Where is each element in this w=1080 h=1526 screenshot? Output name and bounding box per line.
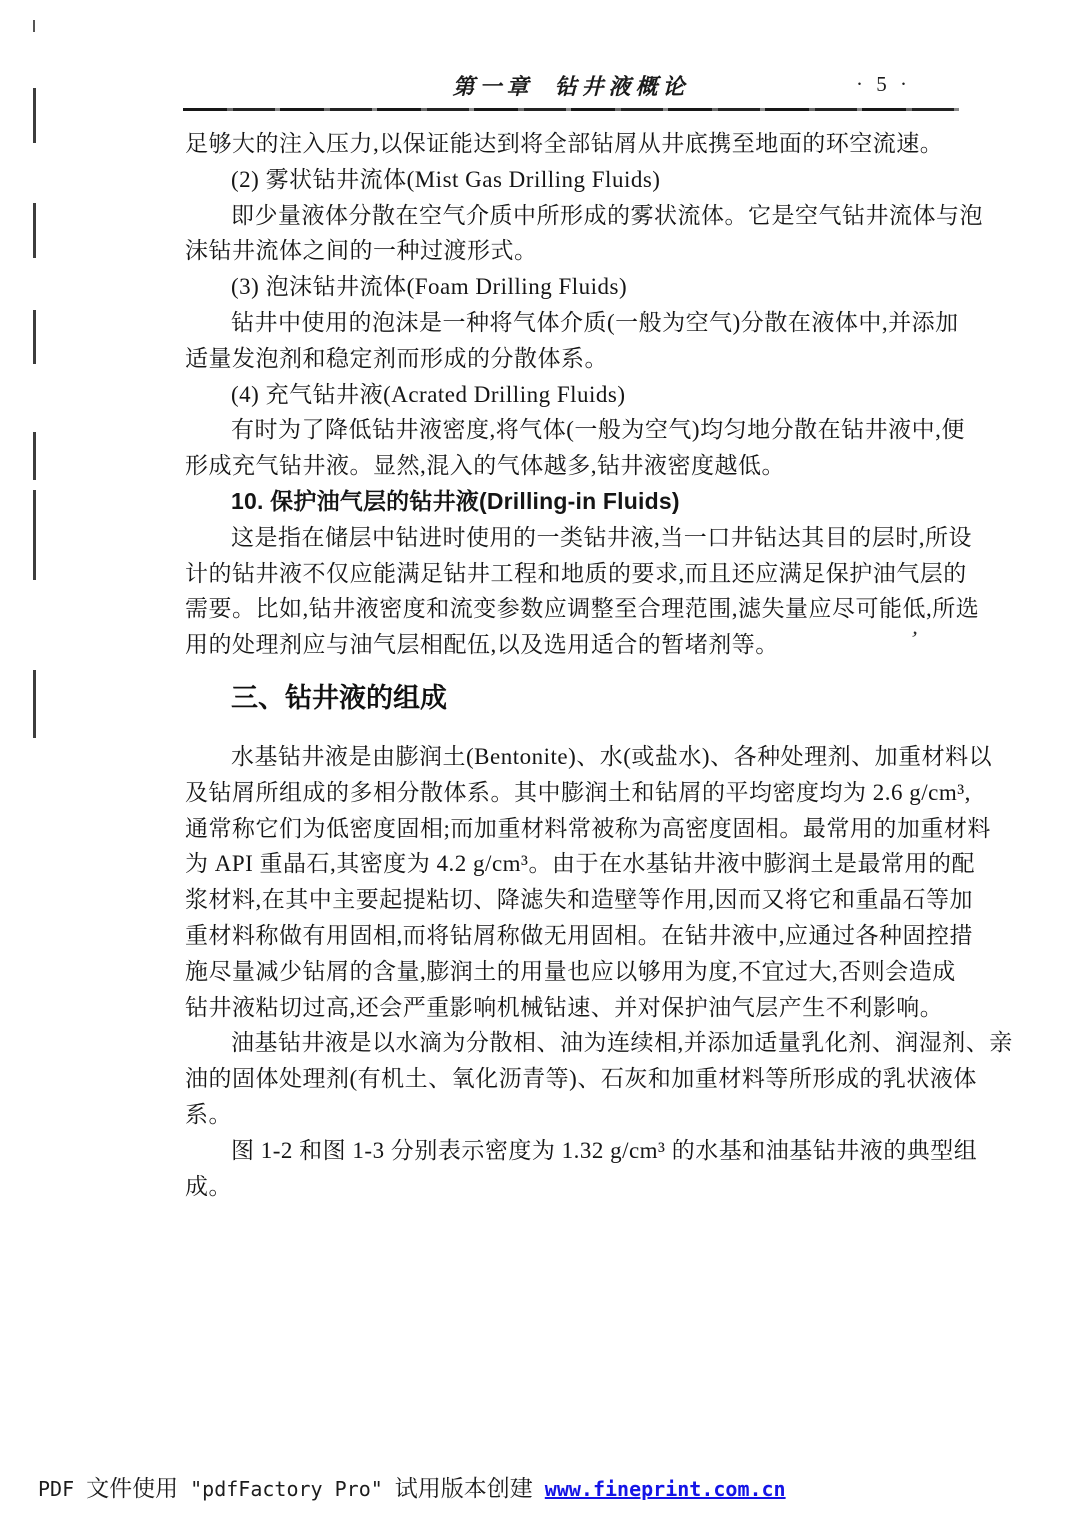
fineprint-link[interactable]: www.fineprint.com.cn bbox=[545, 1477, 786, 1501]
watermark-text: "pdfFactory Pro" bbox=[190, 1477, 383, 1501]
list-item: (2) 雾状钻井流体(Mist Gas Drilling Fluids) bbox=[185, 162, 960, 198]
text-line: 有时为了降低钻井液密度,将气体(一般为空气)均匀地分散在钻井液中,便 bbox=[185, 412, 960, 448]
text-line: 成。 bbox=[185, 1169, 960, 1205]
list-item: (3) 泡沫钻井流体(Foam Drilling Fluids) bbox=[185, 269, 960, 305]
text-line: 钻井液粘切过高,还会严重影响机械钻速、并对保护油气层产生不利影响。 bbox=[185, 990, 960, 1026]
text-line: 通常称它们为低密度固相;而加重材料常被称为高密度固相。最常用的加重材料 bbox=[185, 811, 960, 847]
text-line: 需要。比如,钻井液密度和流变参数应调整至合理范围,滤失量应尽可能低,所选 bbox=[185, 591, 960, 627]
page-number: · 5 · bbox=[856, 72, 911, 97]
scan-artifact-line bbox=[33, 310, 36, 364]
text-line: 图 1-2 和图 1-3 分别表示密度为 1.32 g/cm³ 的水基和油基钻井… bbox=[185, 1133, 960, 1169]
text-line: 油基钻井液是以水滴为分散相、油为连续相,并添加适量乳化剂、润湿剂、亲 bbox=[185, 1025, 960, 1061]
scan-artifact-line bbox=[33, 490, 36, 580]
list-item-heading: 10. 保护油气层的钻井液(Drilling-in Fluids) bbox=[185, 484, 960, 520]
text-line: 油的固体处理剂(有机土、氧化沥青等)、石灰和加重材料等所形成的乳状液体 bbox=[185, 1061, 960, 1097]
scan-artifact-line bbox=[33, 203, 36, 258]
scan-artifact-line bbox=[33, 432, 36, 480]
text-line: 重材料称做有用固相,而将钻屑称做无用固相。在钻井液中,应通过各种固控措 bbox=[185, 918, 960, 954]
text-line: 水基钻井液是由膨润土(Bentonite)、水(或盐水)、各种处理剂、加重材料以 bbox=[185, 739, 960, 775]
text-line: 施尽量减少钻屑的含量,膨润土的用量也应以够用为度,不宜过大,否则会造成 bbox=[185, 954, 960, 990]
text-line: 沫钻井流体之间的一种过渡形式。 bbox=[185, 233, 960, 269]
text-line: 这是指在储层中钻进时使用的一类钻井液,当一口井钻达其目的层时,所设 bbox=[185, 520, 960, 556]
text-line: 即少量液体分散在空气介质中所形成的雾状流体。它是空气钻井流体与泡 bbox=[185, 198, 960, 234]
text-line: 足够大的注入压力,以保证能达到将全部钻屑从井底携至地面的环空流速。 bbox=[185, 126, 960, 162]
watermark-text: 文件使用 bbox=[86, 1476, 178, 1501]
text-line: 浆材料,在其中主要起提粘切、降滤失和造壁等作用,因而又将它和重晶石等加 bbox=[185, 882, 960, 918]
text-line: 计的钻井液不仅应能满足钻井工程和地质的要求,而且还应满足保护油气层的 bbox=[185, 556, 960, 592]
text-line: 及钻屑所组成的多相分散体系。其中膨润土和钻屑的平均密度均为 2.6 g/cm³, bbox=[185, 775, 960, 811]
text-line: 为 API 重晶石,其密度为 4.2 g/cm³。由于在水基钻井液中膨润土是最常… bbox=[185, 846, 960, 882]
text-line: 系。 bbox=[185, 1097, 960, 1133]
text-line: 用的处理剂应与油气层相配伍,以及选用适合的暂堵剂等。 bbox=[185, 627, 960, 663]
pdf-watermark-footer: PDF文件使用"pdfFactory Pro"试用版本创建www.finepri… bbox=[38, 1470, 786, 1503]
text-line: 适量发泡剂和稳定剂而形成的分散体系。 bbox=[185, 341, 960, 377]
body-text-column: 足够大的注入压力,以保证能达到将全部钻屑从井底携至地面的环空流速。 (2) 雾状… bbox=[185, 126, 960, 1204]
section-heading: 三、钻井液的组成 bbox=[185, 683, 960, 713]
text-line: 形成充气钻井液。显然,混入的气体越多,钻井液密度越低。 bbox=[185, 448, 960, 484]
scan-artifact-tick bbox=[33, 20, 35, 32]
list-item: (4) 充气钻井液(Acrated Drilling Fluids) bbox=[185, 377, 960, 413]
text-line: 钻井中使用的泡沫是一种将气体介质(一般为空气)分散在液体中,并添加 bbox=[185, 305, 960, 341]
watermark-text: PDF bbox=[38, 1477, 74, 1501]
scan-artifact-line bbox=[33, 670, 36, 738]
scan-artifact-line bbox=[33, 88, 36, 143]
running-header-chapter-title: 第一章 钻井液概论 bbox=[185, 70, 957, 101]
watermark-text: 试用版本创建 bbox=[395, 1476, 533, 1501]
scanned-document-page: ’ 第一章 钻井液概论 · 5 · 足够大的注入压力,以保证能达到将全部钻屑从井… bbox=[0, 0, 1080, 1526]
header-rule bbox=[183, 108, 959, 111]
